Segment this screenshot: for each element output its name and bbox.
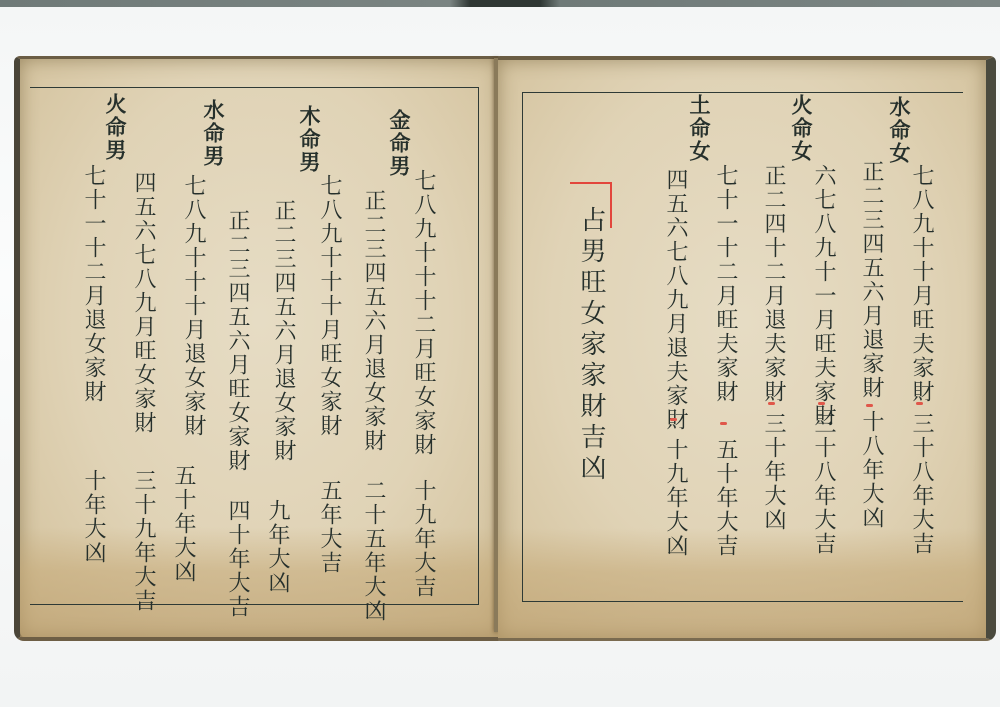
entry-prosper-years: 三十八年大吉 bbox=[908, 412, 934, 556]
entry-prosper-text: 七八九十十十二月旺女家財 bbox=[410, 169, 436, 457]
entry-decline-text: 正二三四五六月退女家財 bbox=[360, 189, 386, 453]
entry-prosper-years: 三十九年大吉 bbox=[130, 469, 156, 613]
entry-prosper-text: 四五六七八九月旺女家財 bbox=[130, 171, 156, 435]
entry-heading-metal-male: 金命男 bbox=[386, 109, 412, 178]
right-page: 水命女 七八九十十月旺夫家財 三十八年大吉 正二三四五六月退家財 十八年大凶 火… bbox=[498, 56, 996, 641]
entry-prosper-text: 七十一十二月旺夫家財 bbox=[712, 164, 738, 404]
entry-decline-text: 正二四十二月退夫家財 bbox=[760, 164, 786, 404]
red-punctuation-mark bbox=[866, 404, 873, 407]
entry-prosper-years: 四十年大吉 bbox=[224, 499, 250, 619]
entry-decline-years: 二十五年大凶 bbox=[360, 479, 386, 623]
entry-heading-fire-male: 火命男 bbox=[102, 93, 128, 162]
entry-heading-fire-female: 火命女 bbox=[788, 94, 814, 163]
entry-decline-text: 正二三四五六月退女家財 bbox=[270, 199, 296, 463]
red-punctuation-mark bbox=[720, 422, 727, 425]
entry-decline-years: 十九年大凶 bbox=[662, 438, 688, 558]
entry-heading-earth-female: 土命女 bbox=[686, 94, 712, 163]
entry-prosper-text: 正二三四五六月旺女家財 bbox=[224, 209, 250, 473]
entry-prosper-years: 三十八年大吉 bbox=[810, 412, 836, 556]
entry-prosper-text: 七八九十十十月旺女家財 bbox=[316, 174, 342, 438]
red-punctuation-mark bbox=[818, 402, 825, 405]
scanner-edge bbox=[0, 0, 1000, 7]
entry-decline-text: 七十一十二月退女家財 bbox=[80, 164, 106, 404]
entry-decline-text: 正二三四五六月退家財 bbox=[858, 160, 884, 400]
entry-heading-water-female: 水命女 bbox=[886, 96, 912, 165]
entry-prosper-years: 十九年大吉 bbox=[410, 479, 436, 599]
red-punctuation-mark bbox=[916, 402, 923, 405]
entry-decline-years: 十八年大凶 bbox=[858, 410, 884, 530]
entry-decline-years: 十年大凶 bbox=[80, 469, 106, 565]
open-book: 金命男 七八九十十十二月旺女家財 十九年大吉 正二三四五六月退女家財 二十五年大… bbox=[14, 56, 994, 636]
entry-decline-years: 五十年大凶 bbox=[170, 464, 196, 584]
entry-prosper-text: 七八九十十月旺夫家財 bbox=[908, 164, 934, 404]
entry-heading-water-male: 水命男 bbox=[200, 99, 226, 168]
entry-heading-wood-male: 木命男 bbox=[296, 105, 322, 174]
entry-prosper-years: 五年大吉 bbox=[316, 479, 342, 575]
red-punctuation-mark bbox=[768, 402, 775, 405]
entry-decline-text: 七八九十十十月退女家財 bbox=[180, 174, 206, 438]
entry-decline-years: 三十年大凶 bbox=[760, 412, 786, 532]
entry-decline-years: 九年大凶 bbox=[264, 499, 290, 595]
entry-prosper-text: 六七八九十一月旺夫家財 bbox=[810, 164, 836, 428]
entry-prosper-years: 五十年大吉 bbox=[712, 438, 738, 558]
section-title: 占男旺女家家財吉凶 bbox=[578, 206, 604, 485]
red-punctuation-mark bbox=[670, 418, 677, 421]
entry-decline-text: 四五六七八九月退夫家財 bbox=[662, 168, 688, 432]
left-page: 金命男 七八九十十十二月旺女家財 十九年大吉 正二三四五六月退女家財 二十五年大… bbox=[14, 56, 500, 641]
